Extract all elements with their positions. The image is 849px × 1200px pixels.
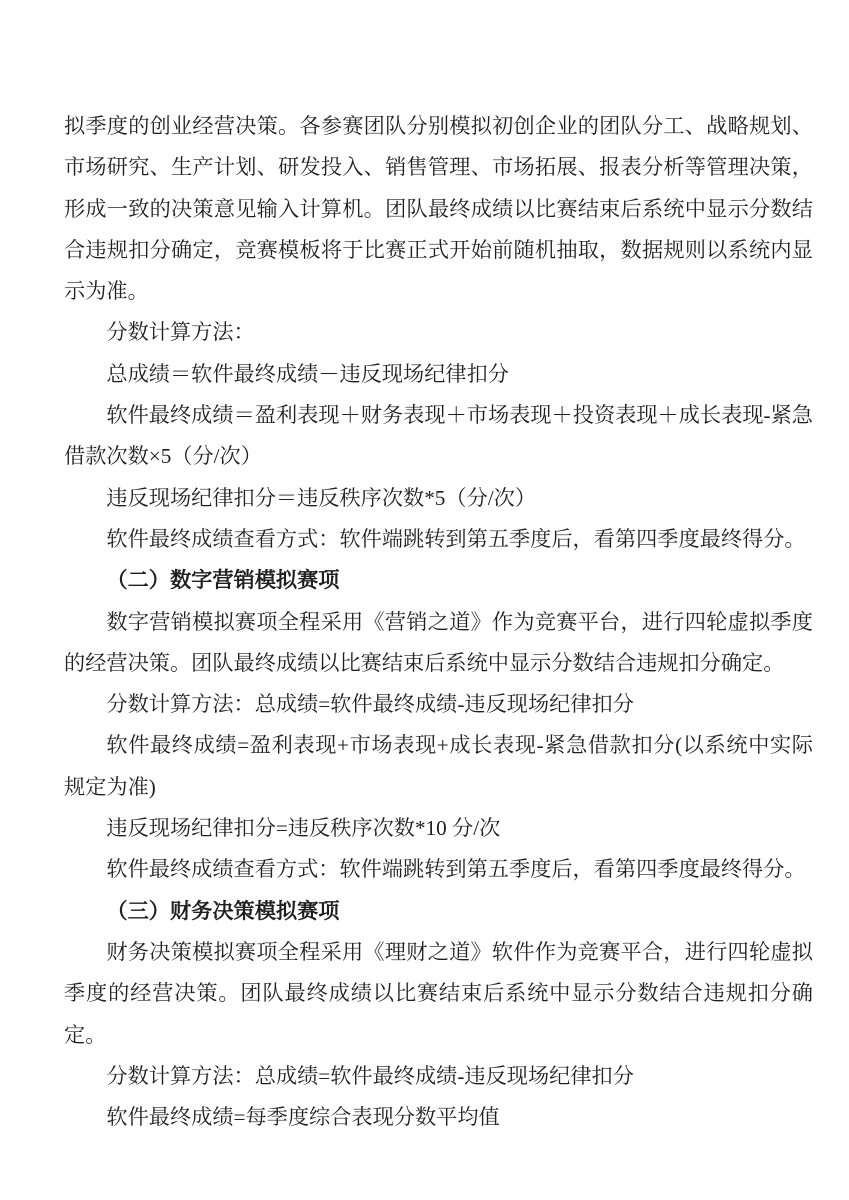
paragraph-marketing-discipline: 违反现场纪律扣分=违反秩序次数*10 分/次	[64, 808, 813, 849]
paragraph-score-view-method: 软件最终成绩查看方式：软件端跳转到第五季度后，看第四季度最终得分。	[64, 519, 813, 560]
document-text-column: 拟季度的创业经营决策。各参赛团队分别模拟初创企业的团队分工、战略规划、市场研究、…	[64, 106, 813, 1138]
paragraph-marketing-platform: 数字营销模拟赛项全程采用《营销之道》作为竞赛平台，进行四轮虚拟季度的经营决策。团…	[64, 602, 813, 685]
paragraph-marketing-score-formula: 软件最终成绩=盈利表现+市场表现+成长表现-紧急借款扣分(以系统中实际规定为准)	[64, 725, 813, 808]
paragraph-total-score-formula: 总成绩＝软件最终成绩－违反现场纪律扣分	[64, 354, 813, 395]
paragraph-marketing-score-method: 分数计算方法：总成绩=软件最终成绩-违反现场纪律扣分	[64, 684, 813, 725]
section-heading-digital-marketing: （二）数字营销模拟赛项	[64, 560, 813, 601]
paragraph-software-score-formula: 软件最终成绩＝盈利表现＋财务表现＋市场表现＋投资表现＋成长表现-紧急借款次数×5…	[64, 395, 813, 478]
paragraph-intro-continuation: 拟季度的创业经营决策。各参赛团队分别模拟初创企业的团队分工、战略规划、市场研究、…	[64, 106, 813, 312]
paragraph-discipline-deduction: 违反现场纪律扣分＝违反秩序次数*5（分/次）	[64, 478, 813, 519]
paragraph-finance-platform: 财务决策模拟赛项全程采用《理财之道》软件作为竞赛平合，进行四轮虚拟季度的经营决策…	[64, 932, 813, 1056]
section-heading-financial-decision: （三）财务决策模拟赛项	[64, 891, 813, 932]
paragraph-marketing-score-view: 软件最终成绩查看方式：软件端跳转到第五季度后，看第四季度最终得分。	[64, 849, 813, 890]
paragraph-score-method-label: 分数计算方法：	[64, 312, 813, 353]
paragraph-finance-score-formula: 软件最终成绩=每季度综合表现分数平均值	[64, 1097, 813, 1138]
paragraph-finance-score-method: 分数计算方法：总成绩=软件最终成绩-违反现场纪律扣分	[64, 1056, 813, 1097]
document-page: 拟季度的创业经营决策。各参赛团队分别模拟初创企业的团队分工、战略规划、市场研究、…	[0, 0, 849, 1200]
